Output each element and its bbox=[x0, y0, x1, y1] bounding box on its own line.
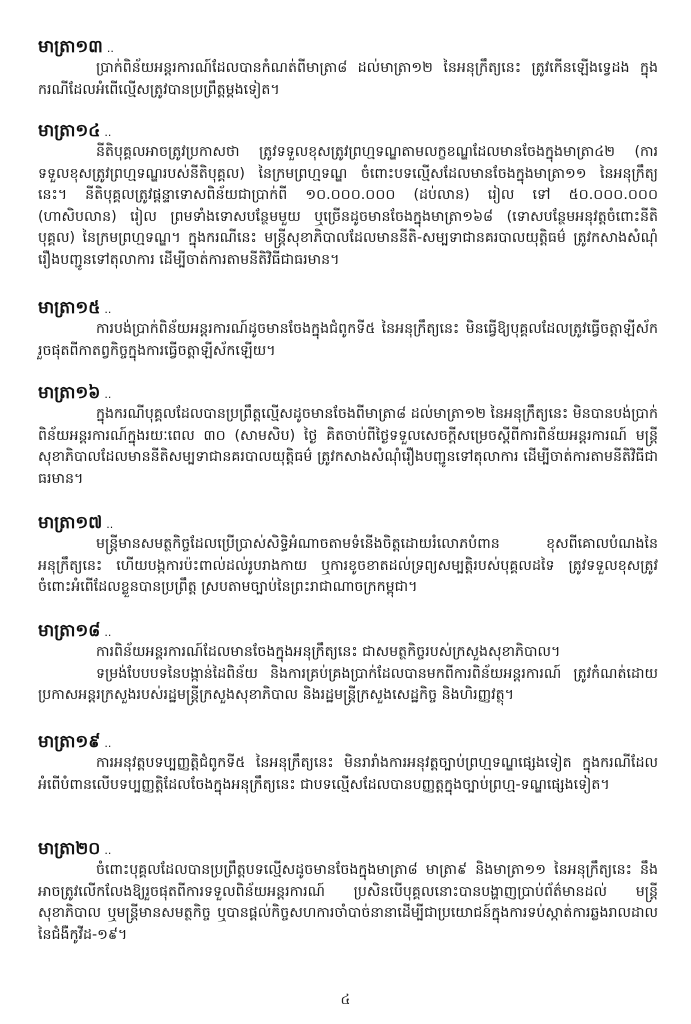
article-paragraph: ចំពោះបុគ្គលដែលបានប្រព្រឹត្តបទល្មើសដូចមាន… bbox=[38, 860, 658, 946]
heading-dots: .. bbox=[104, 626, 111, 639]
article-16: មាត្រា១៦.. ក្នុងករណីបុគ្គលដែលបានប្រព្រឹត… bbox=[38, 382, 658, 490]
article-heading-text: មាត្រា១៥ bbox=[38, 298, 100, 318]
article-paragraph: ទម្រង់បែបបទនៃបង្កាន់ដៃពិន័យ និងការគ្រប់គ… bbox=[38, 664, 658, 707]
article-paragraph: ប្រាក់ពិន័យអន្តរការណ៍ដែលបានកំណត់ពីមាត្រា… bbox=[38, 58, 658, 101]
article-heading-text: មាត្រា១៤ bbox=[38, 121, 100, 141]
article-paragraph: ការបង់ប្រាក់ពិន័យអន្តរការណ៍ដូចមានចែងក្នុ… bbox=[38, 319, 658, 362]
article-15: មាត្រា១៥.. ការបង់ប្រាក់ពិន័យអន្តរការណ៍ដូ… bbox=[38, 297, 658, 362]
heading-dots: .. bbox=[107, 42, 114, 55]
article-heading: មាត្រា១៥.. bbox=[38, 297, 658, 319]
article-heading-text: មាត្រា១៦ bbox=[38, 383, 100, 403]
article-heading-text: មាត្រា២០ bbox=[38, 839, 100, 859]
heading-dots: .. bbox=[104, 388, 111, 401]
article-heading: មាត្រា១៩.. bbox=[38, 731, 658, 753]
article-heading: មាត្រា១៤.. bbox=[38, 120, 658, 142]
article-heading-text: មាត្រា១៧ bbox=[38, 513, 102, 533]
heading-dots: .. bbox=[104, 303, 111, 316]
article-heading: មាត្រា២០.. bbox=[38, 838, 658, 860]
heading-dots: .. bbox=[104, 737, 111, 750]
article-heading: មាត្រា១៨.. bbox=[38, 620, 658, 642]
article-heading: មាត្រា១៦.. bbox=[38, 382, 658, 404]
page-number: ៤ bbox=[0, 991, 691, 1009]
heading-dots: .. bbox=[104, 844, 111, 857]
article-paragraph: នីតិបុគ្គលអាចត្រូវប្រកាសថា ត្រូវទទួលខុសត… bbox=[38, 142, 658, 271]
article-heading-text: មាត្រា១៣ bbox=[38, 37, 103, 57]
article-17: មាត្រា១៧.. មន្ត្រីមានសមត្ថកិច្ចដែលប្រើប្… bbox=[38, 512, 658, 599]
article-14: មាត្រា១៤.. នីតិបុគ្គលអាចត្រូវប្រកាសថា ត្… bbox=[38, 120, 658, 271]
article-heading-text: មាត្រា១៨ bbox=[38, 621, 100, 641]
article-20: មាត្រា២០.. ចំពោះបុគ្គលដែលបានប្រព្រឹត្តបទ… bbox=[38, 838, 658, 946]
article-paragraph: មន្ត្រីមានសមត្ថកិច្ចដែលប្រើប្រាស់សិទ្ធិអ… bbox=[38, 534, 658, 599]
article-paragraph: ការអនុវត្តបទប្បញ្ញត្តិជំពូកទី៥ នៃអនុក្រឹ… bbox=[38, 753, 658, 796]
document-page: មាត្រា១៣.. ប្រាក់ពិន័យអន្តរការណ៍ដែលបានកំ… bbox=[0, 0, 691, 1024]
article-18: មាត្រា១៨.. ការពិន័យអន្តរការណ៍ដែលមានចែងក្… bbox=[38, 620, 658, 707]
article-13: មាត្រា១៣.. ប្រាក់ពិន័យអន្តរការណ៍ដែលបានកំ… bbox=[38, 36, 658, 101]
article-paragraph: ការពិន័យអន្តរការណ៍ដែលមានចែងក្នុងអនុក្រឹត… bbox=[38, 642, 658, 664]
article-heading: មាត្រា១៣.. bbox=[38, 36, 658, 58]
article-heading: មាត្រា១៧.. bbox=[38, 512, 658, 534]
article-paragraph: ក្នុងករណីបុគ្គលដែលបានប្រព្រឹត្តល្មើសដូចម… bbox=[38, 404, 658, 490]
article-19: មាត្រា១៩.. ការអនុវត្តបទប្បញ្ញត្តិជំពូកទី… bbox=[38, 731, 658, 796]
article-heading-text: មាត្រា១៩ bbox=[38, 732, 100, 752]
heading-dots: .. bbox=[106, 518, 113, 531]
heading-dots: .. bbox=[104, 126, 111, 139]
